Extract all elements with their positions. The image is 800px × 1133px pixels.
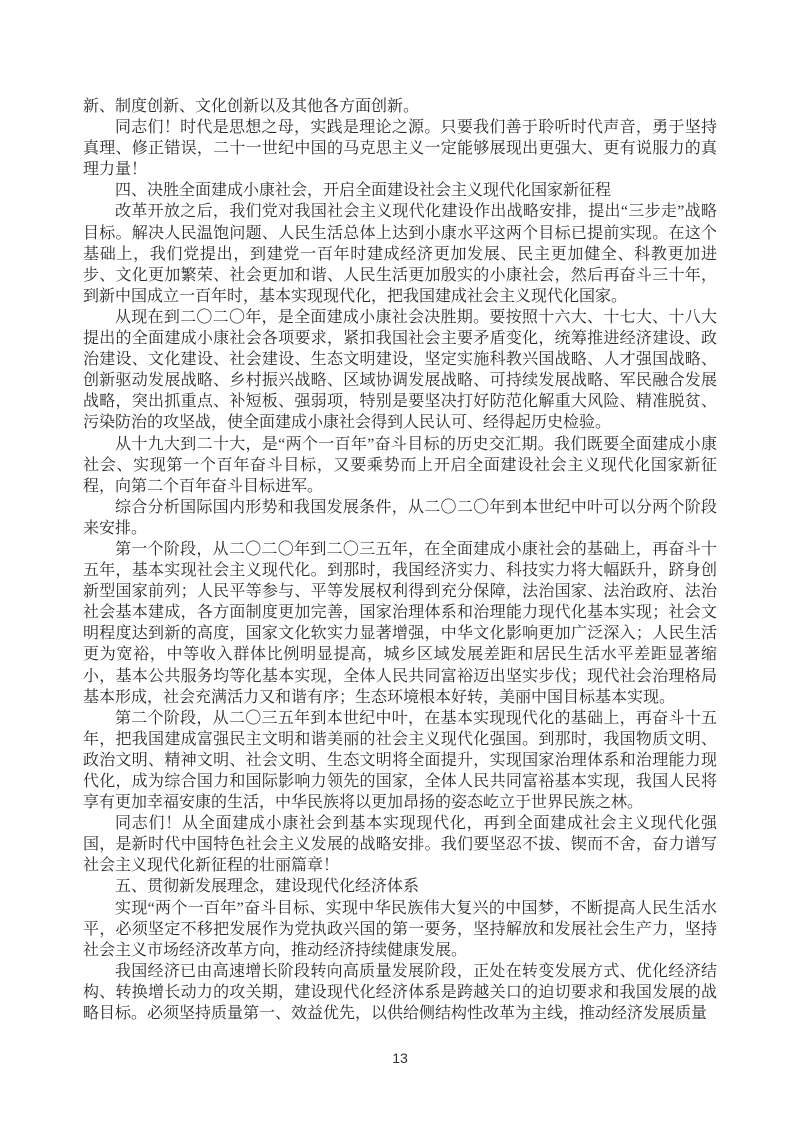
paragraph: 同志们！从全面建成小康社会到基本实现现代化，再到全面建成社会主义现代化强国，是新… bbox=[83, 813, 717, 876]
page-footer: 13 bbox=[0, 1050, 800, 1066]
paragraph-continuation: 新、制度创新、文化创新以及其他各方面创新。 bbox=[83, 96, 717, 117]
paragraph: 第一个阶段，从二〇二〇年到二〇三五年，在全面建成小康社会的基础上，再奋斗十五年，… bbox=[83, 539, 717, 708]
paragraph: 我国经济已由高速增长阶段转向高质量发展阶段，正处在转变发展方式、优化经济结构、转… bbox=[83, 961, 717, 1024]
paragraph: 从现在到二〇二〇年，是全面建成小康社会决胜期。要按照十六大、十七大、十八大提出的… bbox=[83, 307, 717, 434]
paragraph: 第二个阶段，从二〇三五年到本世纪中叶，在基本实现现代化的基础上，再奋斗十五年，把… bbox=[83, 708, 717, 813]
paragraph: 同志们！时代是思想之母，实践是理论之源。只要我们善于聆听时代声音，勇于坚持真理、… bbox=[83, 117, 717, 180]
paragraph: 实现“两个一百年”奋斗目标、实现中华民族伟大复兴的中国梦，不断提高人民生活水平，… bbox=[83, 898, 717, 961]
paragraph: 综合分析国际国内形势和我国发展条件，从二〇二〇年到本世纪中叶可以分两个阶段来安排… bbox=[83, 497, 717, 539]
page-number: 13 bbox=[392, 1050, 408, 1066]
section-heading-4: 四、决胜全面建成小康社会，开启全面建设社会主义现代化国家新征程 bbox=[83, 180, 717, 201]
document-page: 新、制度创新、文化创新以及其他各方面创新。 同志们！时代是思想之母，实践是理论之… bbox=[0, 0, 800, 1133]
paragraph: 从十九大到二十大，是“两个一百年”奋斗目标的历史交汇期。我们既要全面建成小康社会… bbox=[83, 434, 717, 497]
section-heading-5: 五、贯彻新发展理念，建设现代化经济体系 bbox=[83, 876, 717, 897]
document-body: 新、制度创新、文化创新以及其他各方面创新。 同志们！时代是思想之母，实践是理论之… bbox=[83, 96, 717, 1024]
paragraph: 改革开放之后，我们党对我国社会主义现代化建设作出战略安排，提出“三步走”战略目标… bbox=[83, 201, 717, 306]
